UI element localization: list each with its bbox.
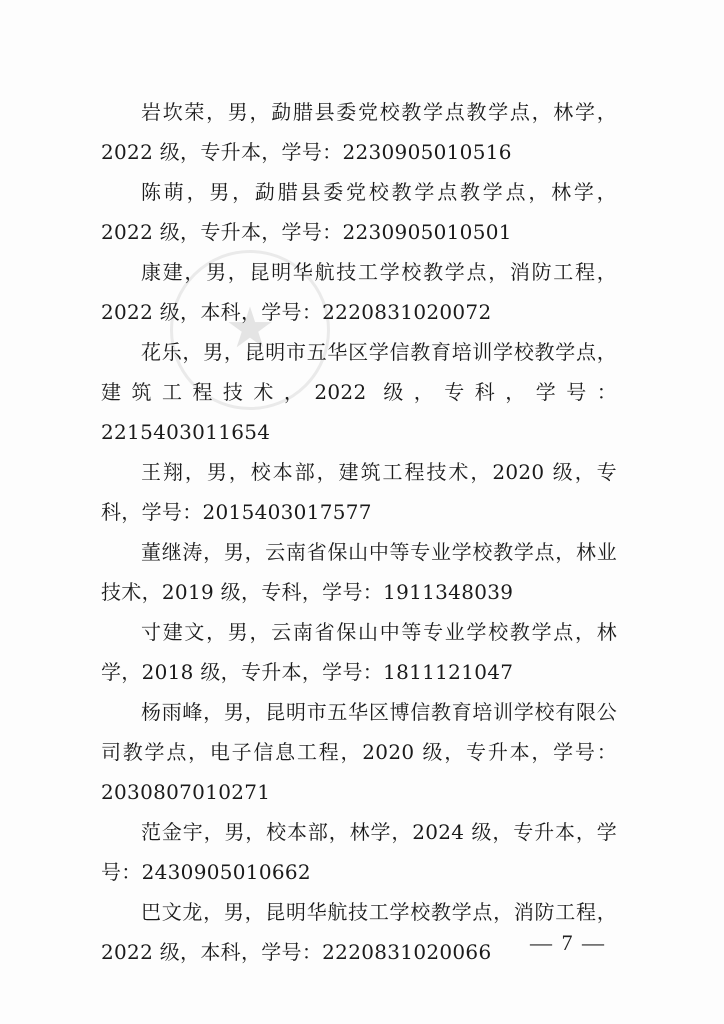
student-entry: 花乐，男，昆明市五华区学信教育培训学校教学点，建筑工程技术，2022 级，专科，… <box>101 332 617 452</box>
student-entry: 杨雨峰，男，昆明市五华区博信教育培训学校有限公司教学点，电子信息工程，2020 … <box>101 692 617 812</box>
student-entry: 岩坎荣，男，勐腊县委党校教学点教学点，林学，2022 级，专升本，学号：2230… <box>101 92 617 172</box>
student-entry: 康建，男，昆明华航技工学校教学点，消防工程，2022 级，本科，学号：22208… <box>101 252 617 332</box>
page-number: — 7 — <box>530 930 606 956</box>
student-list: 岩坎荣，男，勐腊县委党校教学点教学点，林学，2022 级，专升本，学号：2230… <box>101 92 617 972</box>
document-page: ★ 岩坎荣，男，勐腊县委党校教学点教学点，林学，2022 级，专升本，学号：22… <box>0 0 724 1024</box>
student-entry: 董继涛，男，云南省保山中等专业学校教学点，林业技术，2019 级，专科，学号：1… <box>101 532 617 612</box>
student-entry: 范金宇，男，校本部，林学，2024 级，专升本，学号：2430905010662 <box>101 812 617 892</box>
student-entry: 陈萌，男，勐腊县委党校教学点教学点，林学，2022 级，专升本，学号：22309… <box>101 172 617 252</box>
student-entry: 寸建文，男，云南省保山中等专业学校教学点，林学，2018 级，专升本，学号：18… <box>101 612 617 692</box>
student-entry: 王翔，男，校本部，建筑工程技术，2020 级，专科，学号：20154030175… <box>101 452 617 532</box>
